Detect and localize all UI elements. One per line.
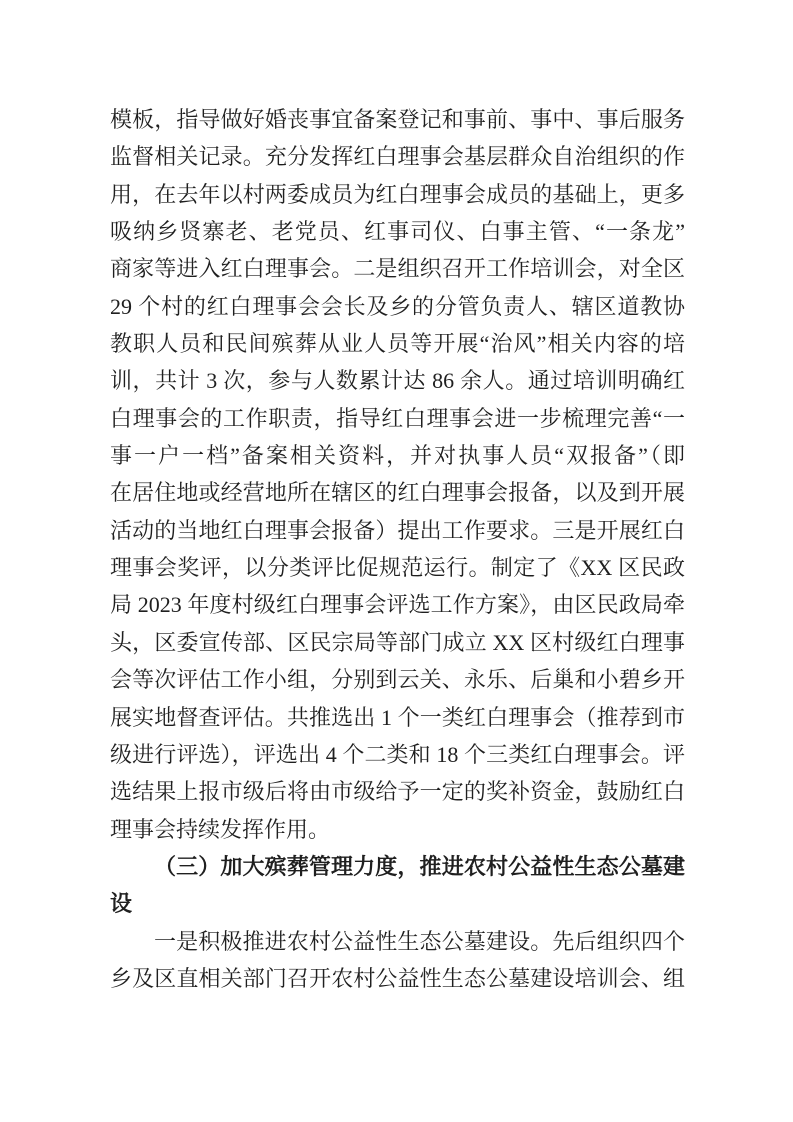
- text-line: 头，区委宣传部、区民宗局等部门成立 XX 区村级红白理事: [110, 624, 685, 661]
- text-line: 吸纳乡贤寨老、老党员、红事司仪、白事主管、“一条龙”: [110, 213, 685, 250]
- text-line: 一是积极推进农村公益性生态公墓建设。先后组织四个: [110, 923, 685, 960]
- section-heading-line: 设: [110, 885, 685, 922]
- section-heading-line: （三）加大殡葬管理力度，推进农村公益性生态公墓建: [110, 848, 685, 885]
- text-line: 会等次评估工作小组，分别到云关、永乐、后巢和小碧乡开: [110, 661, 685, 698]
- text-line: 级进行评选），评选出 4 个二类和 18 个三类红白理事会。评: [110, 736, 685, 773]
- text-line: 29 个村的红白理事会会长及乡的分管负责人、辖区道教协会: [110, 288, 685, 325]
- text-line: 事一户一档”备案相关资料，并对执事人员“双报备”（即: [110, 437, 685, 474]
- text-line: 教职人员和民间殡葬从业人员等开展“治风”相关内容的培: [110, 325, 685, 362]
- text-line: 在居住地或经营地所在辖区的红白理事会报备，以及到开展: [110, 474, 685, 511]
- text-line: 选结果上报市级后将由市级给予一定的奖补资金，鼓励红白: [110, 773, 685, 810]
- text-line: 理事会持续发挥作用。: [110, 811, 685, 848]
- document-page: 模板，指导做好婚丧事宜备案登记和事前、事中、事后服务监督相关记录。充分发挥红白理…: [0, 0, 793, 1122]
- text-line: 白理事会的工作职责，指导红白理事会进一步梳理完善“一: [110, 400, 685, 437]
- text-line: 商家等进入红白理事会。二是组织召开工作培训会，对全区: [110, 250, 685, 287]
- text-line: 活动的当地红白理事会报备）提出工作要求。三是开展红白: [110, 512, 685, 549]
- text-line: 用，在去年以村两委成员为红白理事会成员的基础上，更多: [110, 176, 685, 213]
- text-line: 理事会奖评，以分类评比促规范运行。制定了《XX 区民政: [110, 549, 685, 586]
- document-text-block: 模板，指导做好婚丧事宜备案登记和事前、事中、事后服务监督相关记录。充分发挥红白理…: [110, 101, 685, 997]
- text-line: 训，共计 3 次，参与人数累计达 86 余人。通过培训明确红: [110, 362, 685, 399]
- text-line: 局 2023 年度村级红白理事会评选工作方案》，由区民政局牵: [110, 586, 685, 623]
- text-line: 乡及区直相关部门召开农村公益性生态公墓建设培训会、组: [110, 960, 685, 997]
- text-line: 模板，指导做好婚丧事宜备案登记和事前、事中、事后服务: [110, 101, 685, 138]
- text-line: 展实地督查评估。共推选出 1 个一类红白理事会（推荐到市: [110, 699, 685, 736]
- text-line: 监督相关记录。充分发挥红白理事会基层群众自治组织的作: [110, 138, 685, 175]
